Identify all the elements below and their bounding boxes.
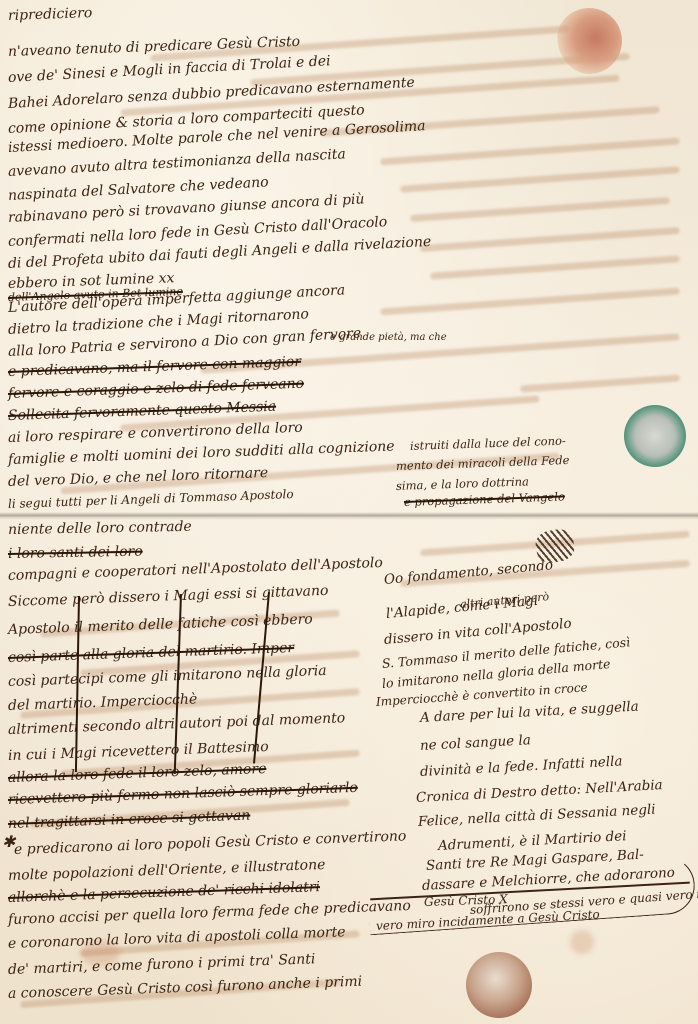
manuscript-page: riprediciero n'aveano tenuto di predicar… — [0, 0, 698, 1024]
manuscript-line: istruiti dalla luce del cono- — [410, 433, 566, 454]
wax-seal-bottom — [466, 952, 532, 1018]
manuscript-line: del vero Dio, e che nel loro ritornare — [8, 465, 269, 490]
manuscript-line: in cui i Magi ricevettero il Battesimo — [8, 739, 269, 764]
struck-line: Sollecita fervoramente questo Messia — [8, 399, 277, 424]
manuscript-line: a conoscere Gesù Cristo così furono anch… — [8, 974, 363, 1002]
manuscript-line: mento dei miracoli della Fede — [396, 452, 570, 474]
struck-line: i loro santi dei loro — [8, 544, 143, 562]
manuscript-line: e coronarono la loro vita di apostoli co… — [8, 924, 346, 952]
manuscript-line: de' martiri, e come furono i primi tra' … — [8, 951, 316, 978]
manuscript-line: niente delle loro contrade — [8, 519, 192, 538]
manuscript-line: Oo fondamento, secondo — [383, 557, 553, 588]
struck-line: così parte alla gloria del martirio. Imp… — [8, 640, 295, 666]
struck-line: nel tragittarsi in croce si gettavan — [8, 808, 251, 832]
manuscript-line: del martirio. Imperciocchè — [8, 691, 198, 714]
manuscript-line: Felice, nella città di Sessania negli — [418, 802, 656, 830]
manuscript-line: riprediciero — [8, 5, 93, 24]
page-fold-crease — [0, 512, 698, 520]
enclosing-loop-stroke — [366, 855, 696, 936]
manuscript-line: Siccome però dissero i Magi essi si gitt… — [8, 583, 329, 610]
manuscript-line: Cronica di Destro detto: Nell'Arabia — [416, 777, 663, 806]
green-wax-seal — [624, 405, 686, 467]
manuscript-line: e predicarono ai loro popoli Gesù Cristo… — [14, 828, 407, 858]
struck-line: allora la loro fede il loro zelo, amore — [8, 761, 267, 786]
manuscript-line: li segui tutti per li Angeli di Tommaso … — [8, 486, 294, 512]
insertion-note: e grande pietà, ma che — [330, 332, 447, 343]
manuscript-line: ne col sangue la — [420, 732, 532, 754]
manuscript-line: così partecipi come gli imitarono nella … — [8, 663, 327, 690]
red-wax-seal-stain — [556, 8, 622, 74]
struck-line: fervore e coraggio e zelo di fede fervea… — [8, 376, 305, 402]
manuscript-line: divinità e la fede. Infatti nella — [420, 753, 623, 780]
manuscript-line: ai loro respirare e convertirono della l… — [8, 420, 303, 446]
stain — [570, 930, 594, 954]
